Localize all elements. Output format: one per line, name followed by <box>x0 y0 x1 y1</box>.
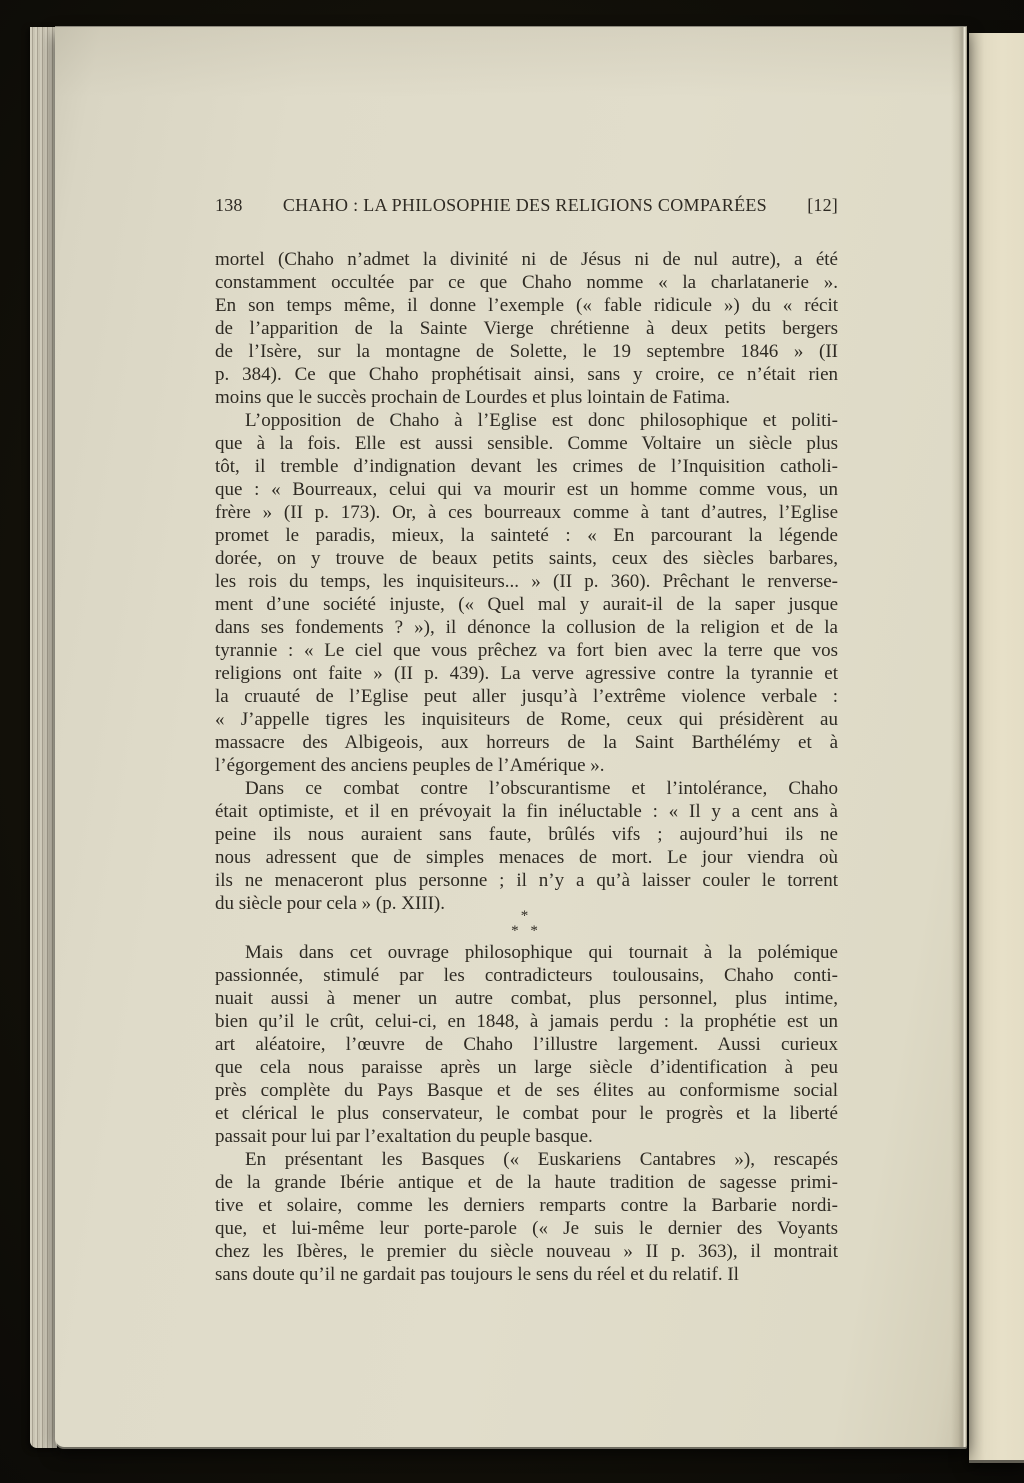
text-line: L’opposition de Chaho à l’Eglise est don… <box>215 409 838 432</box>
text-line: les rois du temps, les inquisiteurs... »… <box>215 570 838 593</box>
text-line: bien qu’il le crût, celui-ci, en 1848, à… <box>215 1010 838 1033</box>
text-line: dans ses fondements ? »), il dénonce la … <box>215 616 838 639</box>
text-line: En présentant les Basques (« Euskariens … <box>215 1148 838 1171</box>
text-line: moins que le succès prochain de Lourdes … <box>215 386 838 409</box>
text-line: la cruauté de l’Eglise peut aller jusqu’… <box>215 685 838 708</box>
text-block: mortel (Chaho n’admet la divinité ni de … <box>215 248 838 1286</box>
text-line: était optimiste, et il en prévoyait la f… <box>215 800 838 823</box>
text-line: de l’Isère, sur la montagne de Solette, … <box>215 340 838 363</box>
page-number: 138 <box>215 194 243 216</box>
text-line: nous adressent que de simples menaces de… <box>215 846 838 869</box>
text-line: que à la fois. Elle est aussi sensible. … <box>215 432 838 455</box>
text-line: tive et solaire, comme les derniers remp… <box>215 1194 838 1217</box>
paragraph: Mais dans cet ouvrage philosophique qui … <box>215 941 838 1148</box>
text-line: En son temps même, il donne l’exemple («… <box>215 294 838 317</box>
text-line: ils ne menaceront plus personne ; il n’y… <box>215 869 838 892</box>
text-line: constamment occultée par ce que Chaho no… <box>215 271 838 294</box>
text-line: ment d’une société injuste, (« Quel mal … <box>215 593 838 616</box>
text-line: passait pour lui par l’exaltation du peu… <box>215 1125 838 1148</box>
text-line: que : « Bourreaux, celui qui va mourir e… <box>215 478 838 501</box>
book-page: 138 CHAHO : LA PHILOSOPHIE DES RELIGIONS… <box>55 27 967 1447</box>
paragraph: L’opposition de Chaho à l’Eglise est don… <box>215 409 838 777</box>
text-line: peine ils nous auraient sans faute, brûl… <box>215 823 838 846</box>
text-line: de l’apparition de la Sainte Vierge chré… <box>215 317 838 340</box>
paragraph: En présentant les Basques (« Euskariens … <box>215 1148 838 1286</box>
text-line: de la grande Ibérie antique et de la hau… <box>215 1171 838 1194</box>
page-edge-stack <box>30 27 57 1448</box>
text-line: « J’appelle tigres les inquisiteurs de R… <box>215 708 838 731</box>
text-line: massacre des Albigeois, aux horreurs de … <box>215 731 838 754</box>
text-line: près complète du Pays Basque et de ses é… <box>215 1079 838 1102</box>
text-line: Mais dans cet ouvrage philosophique qui … <box>215 941 838 964</box>
text-line: p. 384). Ce que Chaho prophétisait ainsi… <box>215 363 838 386</box>
column-reference: [12] <box>807 194 838 216</box>
running-header: 138 CHAHO : LA PHILOSOPHIE DES RELIGIONS… <box>215 194 838 216</box>
asterisk-separator-line: * * <box>215 924 838 939</box>
text-line: art aléatoire, l’œuvre de Chaho l’illust… <box>215 1033 838 1056</box>
text-line: Dans ce combat contre l’obscurantisme et… <box>215 777 838 800</box>
text-line: religions ont faite » (II p. 439). La ve… <box>215 662 838 685</box>
text-line: l’égorgement des anciens peuples de l’Am… <box>215 754 838 777</box>
text-line: promet le paradis, mieux, la sainteté : … <box>215 524 838 547</box>
running-title: CHAHO : LA PHILOSOPHIE DES RELIGIONS COM… <box>243 194 808 216</box>
text-line: chez les Ibères, le premier du siècle no… <box>215 1240 838 1263</box>
facing-page-edge <box>969 33 1024 1460</box>
paragraph: mortel (Chaho n’admet la divinité ni de … <box>215 248 838 409</box>
text-line: frère » (II p. 173). Or, à ces bourreaux… <box>215 501 838 524</box>
text-line: et clérical le plus conservateur, le com… <box>215 1102 838 1125</box>
paragraph: Dans ce combat contre l’obscurantisme et… <box>215 777 838 915</box>
text-line: que, et lui-même leur porte-parole (« Je… <box>215 1217 838 1240</box>
text-line: tôt, il tremble d’indignation devant les… <box>215 455 838 478</box>
text-line: sans doute qu’il ne gardait pas toujours… <box>215 1263 838 1286</box>
book-photograph: 138 CHAHO : LA PHILOSOPHIE DES RELIGIONS… <box>0 0 1024 1483</box>
text-line: tyrannie : « Le ciel que vous prêchez va… <box>215 639 838 662</box>
text-line: que cela nous paraisse après un large si… <box>215 1056 838 1079</box>
text-line: passionnée, stimulé par les contradicteu… <box>215 964 838 987</box>
text-line: dorée, on y trouve de beaux petits saint… <box>215 547 838 570</box>
text-line: mortel (Chaho n’admet la divinité ni de … <box>215 248 838 271</box>
text-line: nuait aussi à mener un autre combat, plu… <box>215 987 838 1010</box>
